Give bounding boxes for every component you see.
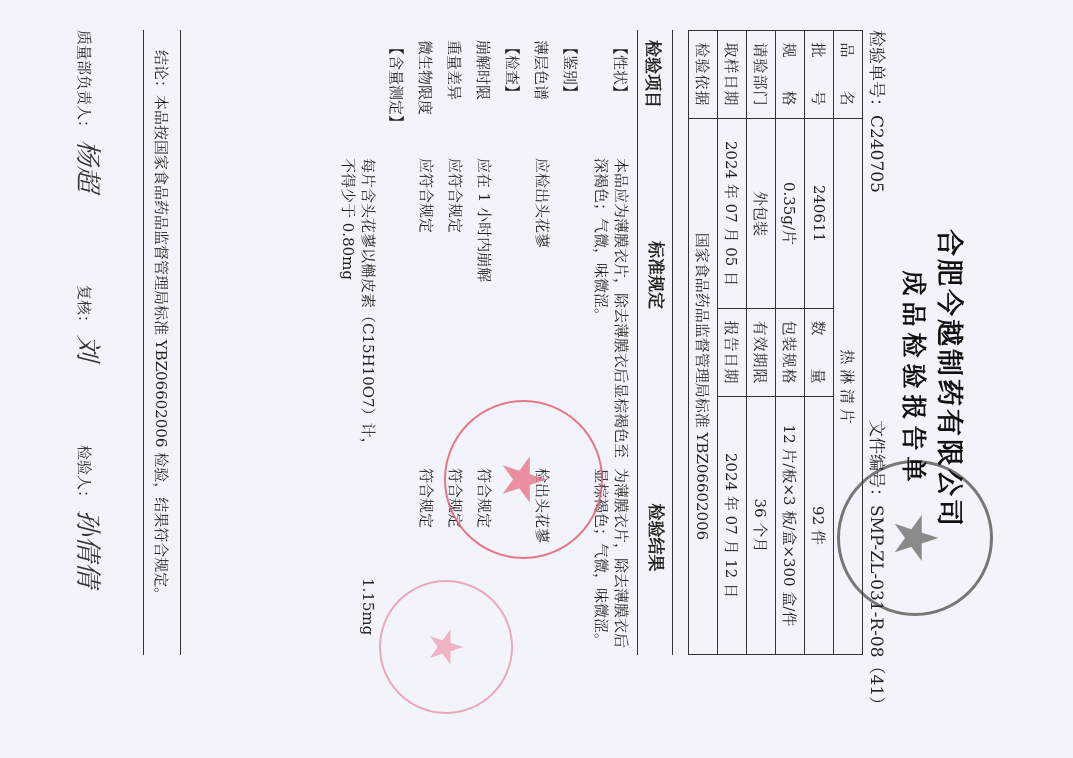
- item-name: 【性状】: [610, 30, 631, 140]
- package-value: 12 片/板×3 板/盒×300 盒/件: [776, 396, 805, 654]
- conclusion: 结论：本品按国家食品药品监督管理局标准 YBZ06602006 检验，结果符合规…: [143, 30, 181, 655]
- product-name-value: 热 淋 清 片: [834, 119, 863, 655]
- list-item: 崩解时限 应在 1 小时内崩解 符合规定: [471, 30, 500, 655]
- list-item: 【鉴别】: [558, 30, 587, 655]
- list-item: 每片含头花蓼以槲皮素（C15H10O7）计，不得少于 0.80mg 1.15mg: [334, 30, 384, 655]
- qa-head-label: 质量部负责人：: [75, 30, 93, 135]
- validity-value: 36 个月: [747, 396, 776, 654]
- red-small-stamp: ★: [379, 580, 513, 714]
- inspector-label: 检验人：: [75, 445, 93, 505]
- item-name: 【检查】: [502, 30, 523, 140]
- item-name: 微生物限度: [415, 30, 436, 140]
- item-standard: 本品应为薄膜衣片，除去薄膜衣后显棕褐色至深褐色；气微，味微涩。: [591, 140, 631, 458]
- product-name-label: 品 名: [834, 31, 863, 119]
- item-standard: 应符合规定: [445, 140, 465, 458]
- file-number-value: SMP-ZL-031-R-08（41）: [866, 505, 886, 713]
- reviewer-label: 复核：: [75, 285, 93, 330]
- spec-value: 0.35g/片: [776, 119, 805, 309]
- table-row: 品 名 热 淋 清 片: [834, 31, 863, 655]
- inspector-handwriting: 孙倩倩: [72, 510, 102, 588]
- item-result: 1.15mg: [358, 458, 378, 655]
- list-item: 薄层色谱 应检出头花蓼 检出头花蓼: [529, 30, 558, 655]
- item-name: 薄层色谱: [531, 30, 552, 140]
- spec-label: 规 格: [776, 31, 805, 119]
- file-number-label: 文件编号：: [866, 420, 886, 505]
- list-item: 【含量测定】: [384, 30, 413, 655]
- item-standard: 每片含头花蓼以槲皮素（C15H10O7）计，不得少于 0.80mg: [338, 140, 378, 458]
- red-inspection-stamp: ★: [444, 400, 603, 559]
- items-header: 检验项目 标准规定 检验结果: [637, 30, 673, 655]
- doc-number: 检验单号：C240705: [866, 30, 891, 193]
- sample-date-label: 取样日期: [718, 31, 747, 119]
- table-row: 批 号 240611 数 量 92 件: [805, 31, 834, 655]
- file-number: 文件编号：SMP-ZL-031-R-08（41）: [866, 420, 891, 713]
- inspector-signature: 检验人： 孙倩倩: [71, 445, 108, 588]
- quantity-value: 92 件: [805, 396, 834, 654]
- reviewer-handwriting: 刘: [72, 335, 102, 361]
- doc-number-value: C240705: [866, 115, 886, 193]
- table-row: 检验依据 国家食品药品监督管理局标准 YBZ06602006: [689, 31, 718, 655]
- dept-value: 外包装: [747, 119, 776, 309]
- report-date-label: 报告日期: [718, 308, 747, 396]
- report-page: ★ 合肥今越制药有限公司 成品检验报告单 检验单号：C240705 文件编号：S…: [0, 0, 1073, 758]
- quantity-label: 数 量: [805, 308, 834, 396]
- item-name: 【鉴别】: [560, 30, 581, 140]
- table-row: 取样日期 2024 年 07 月 05 日 报告日期 2024 年 07 月 1…: [718, 31, 747, 655]
- basis-label: 检验依据: [689, 31, 718, 119]
- report-date-value: 2024 年 07 月 12 日: [718, 396, 747, 654]
- header-item: 检验项目: [643, 30, 668, 140]
- batch-label: 批 号: [805, 31, 834, 119]
- item-name: 【含量测定】: [386, 30, 407, 140]
- validity-label: 有效期限: [747, 308, 776, 396]
- product-info-table: 品 名 热 淋 清 片 批 号 240611 数 量 92 件 规 格 0.35…: [688, 30, 863, 655]
- sample-date-value: 2024 年 07 月 05 日: [718, 119, 747, 309]
- qa-head-handwriting: 杨超: [72, 140, 102, 192]
- list-item: 【检查】: [500, 30, 529, 655]
- list-item: 微生物限度 应符合规定 符合规定: [413, 30, 442, 655]
- reviewer-signature: 复核： 刘: [71, 285, 108, 361]
- company-name: 合肥今越制药有限公司: [932, 0, 971, 758]
- item-name: 重量差异: [444, 30, 465, 140]
- inspection-items: 检验项目 标准规定 检验结果 【性状】 本品应为薄膜衣片，除去薄膜衣后显棕褐色至…: [334, 30, 673, 655]
- basis-value: 国家食品药品监督管理局标准 YBZ06602006: [689, 119, 718, 655]
- header-result: 检验结果: [645, 410, 665, 655]
- doc-number-label: 检验单号：: [866, 30, 886, 115]
- item-name: 崩解时限: [473, 30, 494, 140]
- list-item: 重量差异 应符合规定 符合规定: [442, 30, 471, 655]
- report-title: 成品检验报告单: [897, 0, 933, 758]
- header-standard: 标准规定: [645, 140, 665, 410]
- batch-value: 240611: [805, 119, 834, 309]
- table-row: 请验部门 外包装 有效期限 36 个月: [747, 31, 776, 655]
- list-item: 【性状】 本品应为薄膜衣片，除去薄膜衣后显棕褐色至深褐色；气微，味微涩。 为薄膜…: [587, 30, 637, 655]
- table-row: 规 格 0.35g/片 包装规格 12 片/板×3 板/盒×300 盒/件: [776, 31, 805, 655]
- item-standard: 应符合规定: [416, 140, 436, 458]
- star-icon: ★: [419, 626, 473, 667]
- qa-head-signature: 质量部负责人： 杨超: [71, 30, 108, 192]
- package-label: 包装规格: [776, 308, 805, 396]
- star-icon: ★: [489, 453, 559, 507]
- dept-label: 请验部门: [747, 31, 776, 119]
